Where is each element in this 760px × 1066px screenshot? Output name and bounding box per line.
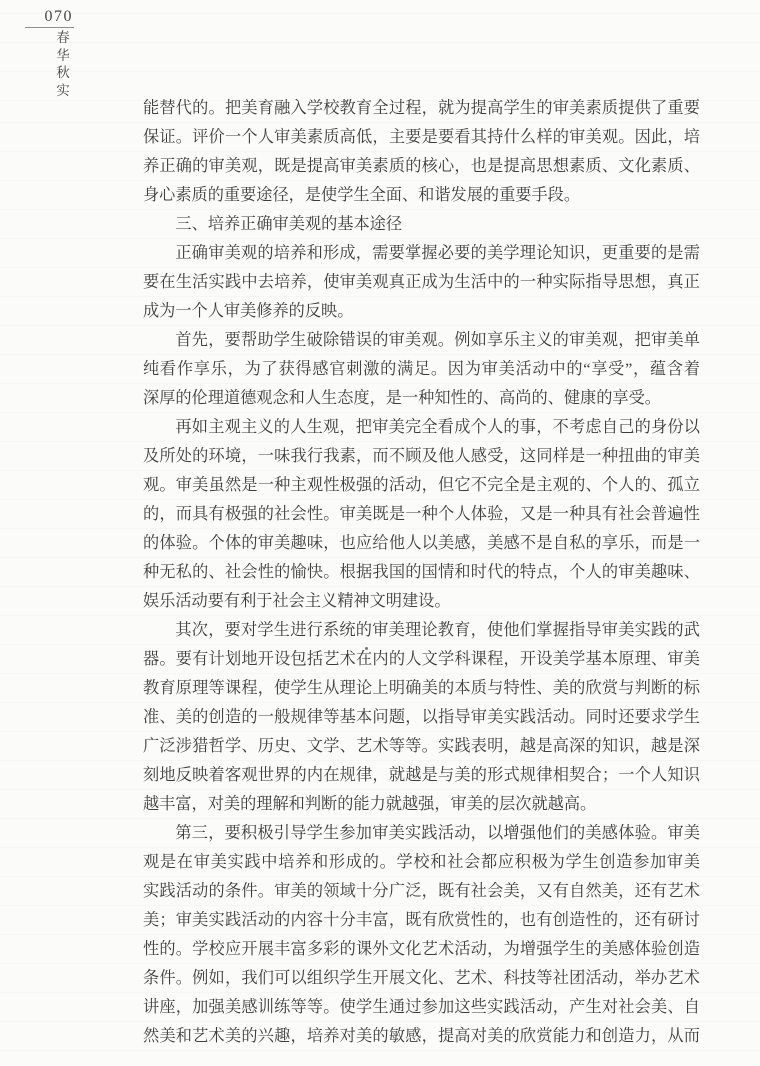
scan-speck xyxy=(365,647,368,650)
text-line: 娱乐活动要有利于社会主义精神文明建设。 xyxy=(143,587,700,616)
text-line: 其次，要对学生进行系统的审美理论教育，使他们掌握指导审美实践的武 xyxy=(143,616,700,645)
header-rule xyxy=(25,27,74,28)
book-page: 070 春华秋实 能替代的。把美育融入学校教育全过程，就为提高学生的审美素质提供… xyxy=(0,0,760,1066)
series-title-vertical: 春华秋实 xyxy=(50,31,76,97)
text-line: 正确审美观的培养和形成，需要掌握必要的美学理论知识，更重要的是需 xyxy=(143,239,700,268)
text-line: 能替代的。把美育融入学校教育全过程，就为提高学生的审美素质提供了重要 xyxy=(143,94,700,123)
text-line: 第三，要积极引导学生参加审美实践活动，以增强他们的美感体验。审美 xyxy=(143,819,700,848)
text-line: 然美和艺术美的兴趣，培养对美的敏感，提高对美的欣赏能力和创造力，从而 xyxy=(143,1022,700,1051)
text-line: 养正确的审美观，既是提高审美素质的核心，也是提高思想素质、文化素质、 xyxy=(143,152,700,181)
series-title-char: 华 xyxy=(56,49,70,63)
text-line: 及所处的环境，一味我行我素，而不顾及他人感受，这同样是一种扭曲的审美 xyxy=(143,442,700,471)
text-block: 能替代的。把美育融入学校教育全过程，就为提高学生的审美素质提供了重要保证。评价一… xyxy=(143,94,700,1051)
text-line: 要在生活实践中去培养，使审美观真正成为生活中的一种实际指导思想，真正 xyxy=(143,268,700,297)
text-line: 器。要有计划地开设包括艺术在内的人文学科课程，开设美学基本原理、审美 xyxy=(143,645,700,674)
page-number: 070 xyxy=(25,8,73,26)
text-line: 刻地反映着客观世界的内在规律，就越是与美的形式规律相契合；一个人知识 xyxy=(143,761,700,790)
text-line: 讲座，加强美感训练等等。使学生通过参加这些实践活动，产生对社会美、自 xyxy=(143,993,700,1022)
text-line: 再如主观主义的人生观，把审美完全看成个人的事，不考虑自己的身份以 xyxy=(143,413,700,442)
text-line: 观是在审美实践中培养和形成的。学校和社会都应积极为学生创造参加审美 xyxy=(143,848,700,877)
text-line: 广泛涉猎哲学、历史、文学、艺术等等。实践表明，越是高深的知识，越是深 xyxy=(143,732,700,761)
series-title-char: 秋 xyxy=(56,66,70,80)
text-line: 深厚的伦理道德观念和人生态度，是一种知性的、高尚的、健康的享受。 xyxy=(143,384,700,413)
text-line: 性的。学校应开展丰富多彩的课外文化艺术活动，为增强学生的美感体验创造 xyxy=(143,935,700,964)
text-line: 教育原理等课程，使学生从理论上明确美的本质与特性、美的欣赏与判断的标 xyxy=(143,674,700,703)
section-heading: 三、培养正确审美观的基本途径 xyxy=(143,210,700,239)
text-line: 准、美的创造的一般规律等基本问题，以指导审美实践活动。同时还要求学生 xyxy=(143,703,700,732)
text-line: 纯看作享乐，为了获得感官刺激的满足。因为审美活动中的“享受”，蕴含着 xyxy=(143,355,700,384)
text-line: 保证。评价一个人审美素质高低，主要是要看其持什么样的审美观。因此，培 xyxy=(143,123,700,152)
text-line: 观。审美虽然是一种主观性极强的活动，但它不完全是主观的、个人的、孤立 xyxy=(143,471,700,500)
series-title-char: 春 xyxy=(56,31,70,45)
text-line: 实践活动的条件。审美的领域十分广泛，既有社会美，又有自然美，还有艺术 xyxy=(143,877,700,906)
text-line: 条件。例如，我们可以组织学生开展文化、艺术、科技等社团活动，举办艺术 xyxy=(143,964,700,993)
text-line: 越丰富，对美的理解和判断的能力就越强，审美的层次就越高。 xyxy=(143,790,700,819)
text-line: 的，而具有极强的社会性。审美既是一种个人体验，又是一种具有社会普遍性 xyxy=(143,500,700,529)
text-line: 成为一个人审美修养的反映。 xyxy=(143,297,700,326)
text-line: 种无私的、社会性的愉快。根据我国的国情和时代的特点，个人的审美趣味、 xyxy=(143,558,700,587)
text-line: 首先，要帮助学生破除错误的审美观。例如享乐主义的审美观，把审美单 xyxy=(143,326,700,355)
text-line: 的体验。个体的审美趣味，也应给他人以美感，美感不是自私的享乐，而是一 xyxy=(143,529,700,558)
series-title-char: 实 xyxy=(56,84,70,98)
text-line: 身心素质的重要途径，是使学生全面、和谐发展的重要手段。 xyxy=(143,181,700,210)
text-line: 美；审美实践活动的内容十分丰富，既有欣赏性的，也有创造性的，还有研讨 xyxy=(143,906,700,935)
